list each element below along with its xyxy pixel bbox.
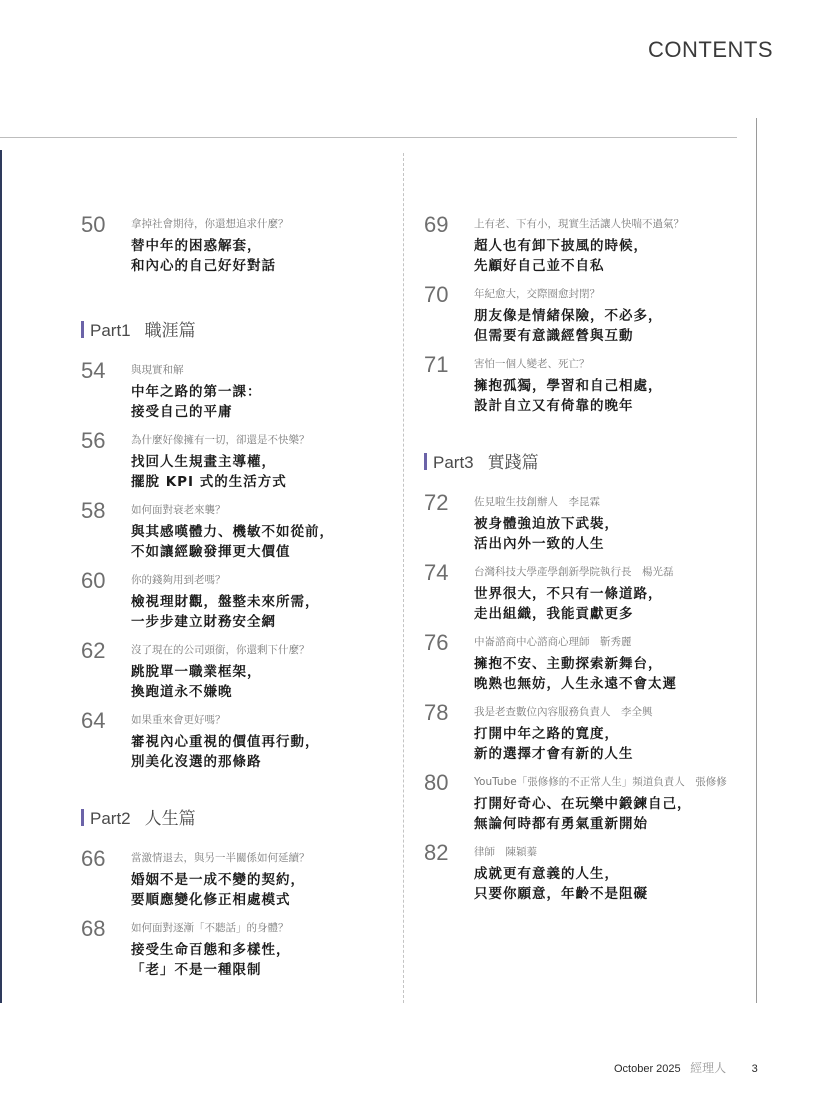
- right-column: 69 上有老、下有小，現實生活讓人快喘不過氣？ 超人也有卸下披風的時候， 先顧好…: [424, 216, 754, 914]
- toc-entry[interactable]: 80 YouTube「張修修的不正常人生」頻道負責人 張修修 打開好奇心、在玩樂…: [424, 774, 754, 844]
- entry-subtitle: 中崙諮商中心諮商心理師 靳秀麗: [474, 634, 754, 650]
- page-title: CONTENTS: [648, 37, 773, 63]
- entry-headline: 被身體強迫放下武裝， 活出內外一致的人生: [474, 514, 754, 554]
- part1-heading: Part1職涯篇: [81, 316, 391, 340]
- toc-entry[interactable]: 62 沒了現在的公司頭銜，你還剩下什麼？ 跳脫單一職業框架， 換跑道永不嫌晚: [81, 642, 391, 712]
- part-marker-bar: [81, 809, 84, 826]
- entry-subtitle: 與現實和解: [131, 362, 391, 378]
- entry-subtitle: 上有老、下有小，現實生活讓人快喘不過氣？: [474, 216, 754, 232]
- entry-subtitle: 沒了現在的公司頭銜，你還剩下什麼？: [131, 642, 391, 658]
- entry-headline: 超人也有卸下披風的時候， 先顧好自己並不自私: [474, 236, 754, 276]
- column-divider: [403, 153, 404, 1003]
- entry-headline: 中年之路的第一課： 接受自己的平庸: [131, 382, 391, 422]
- entry-subtitle: 年紀愈大，交際圈愈封閉？: [474, 286, 754, 302]
- toc-entry[interactable]: 71 害怕一個人變老、死亡？ 擁抱孤獨，學習和自己相處， 設計自立又有倚靠的晚年: [424, 356, 754, 446]
- part3-heading: Part3實踐篇: [424, 448, 754, 472]
- page-number: 50: [81, 212, 105, 238]
- toc-entry[interactable]: 74 台灣科技大學產學創新學院執行長 楊光磊 世界很大，不只有一條道路， 走出組…: [424, 564, 754, 634]
- page-number: 74: [424, 560, 448, 586]
- entry-subtitle: 佐見啦生技創辦人 李昆霖: [474, 494, 754, 510]
- toc-entry[interactable]: 69 上有老、下有小，現實生活讓人快喘不過氣？ 超人也有卸下披風的時候， 先顧好…: [424, 216, 754, 286]
- page-number: 68: [81, 916, 105, 942]
- page-number: 60: [81, 568, 105, 594]
- right-rule: [756, 118, 757, 1003]
- entry-headline: 打開中年之路的寬度， 新的選擇才會有新的人生: [474, 724, 754, 764]
- header-rule: [0, 137, 737, 138]
- entry-subtitle: 當激情退去，與另一半關係如何延續？: [131, 850, 391, 866]
- page-number: 70: [424, 282, 448, 308]
- entry-headline: 找回人生規畫主導權， 擺脫 KPI 式的生活方式: [131, 452, 391, 492]
- page-number: 71: [424, 352, 448, 378]
- part-marker-bar: [81, 321, 84, 338]
- toc-entry[interactable]: 58 如何面對衰老來襲？ 與其感嘆體力、機敏不如從前， 不如讓經驗發揮更大價值: [81, 502, 391, 572]
- page-number: 76: [424, 630, 448, 656]
- toc-entry[interactable]: 76 中崙諮商中心諮商心理師 靳秀麗 擁抱不安、主動探索新舞台， 晚熟也無妨，人…: [424, 634, 754, 704]
- toc-entry[interactable]: 54 與現實和解 中年之路的第一課： 接受自己的平庸: [81, 362, 391, 432]
- toc-entry[interactable]: 78 我是老查數位內容服務負責人 李全興 打開中年之路的寬度， 新的選擇才會有新…: [424, 704, 754, 774]
- entry-subtitle: 如何面對衰老來襲？: [131, 502, 391, 518]
- entry-headline: 替中年的困惑解套， 和內心的自己好好對話: [131, 236, 391, 276]
- entry-headline: 朋友像是情緒保險，不必多， 但需要有意識經營與互動: [474, 306, 754, 346]
- entry-headline: 檢視理財觀，盤整未來所需， 一步步建立財務安全網: [131, 592, 391, 632]
- page-number: 62: [81, 638, 105, 664]
- page-number: 72: [424, 490, 448, 516]
- left-column: 50 拿掉社會期待，你還想追求什麼？ 替中年的困惑解套， 和內心的自己好好對話 …: [81, 216, 391, 990]
- entry-subtitle: 台灣科技大學產學創新學院執行長 楊光磊: [474, 564, 754, 580]
- part2-heading: Part2人生篇: [81, 804, 391, 828]
- toc-entry[interactable]: 70 年紀愈大，交際圈愈封閉？ 朋友像是情緒保險，不必多， 但需要有意識經營與互…: [424, 286, 754, 356]
- entry-subtitle: 如何面對逐漸「不聽話」的身體？: [131, 920, 391, 936]
- entry-headline: 審視內心重視的價值再行動， 別美化沒選的那條路: [131, 732, 391, 772]
- toc-entry[interactable]: 56 為什麼好像擁有一切，卻還是不快樂？ 找回人生規畫主導權， 擺脫 KPI 式…: [81, 432, 391, 502]
- page-number: 56: [81, 428, 105, 454]
- entry-headline: 打開好奇心、在玩樂中鍛鍊自己， 無論何時都有勇氣重新開始: [474, 794, 754, 834]
- entry-headline: 擁抱不安、主動探索新舞台， 晚熟也無妨，人生永遠不會太遲: [474, 654, 754, 694]
- entry-headline: 成就更有意義的人生， 只要你願意，年齡不是阻礙: [474, 864, 754, 904]
- toc-entry[interactable]: 64 如果重來會更好嗎？ 審視內心重視的價值再行動， 別美化沒選的那條路: [81, 712, 391, 802]
- entry-subtitle: 你的錢夠用到老嗎？: [131, 572, 391, 588]
- page-number: 58: [81, 498, 105, 524]
- entry-headline: 接受生命百態和多樣性， 「老」不是一種限制: [131, 940, 391, 980]
- toc-entry[interactable]: 82 律師 陳穎蓁 成就更有意義的人生， 只要你願意，年齡不是阻礙: [424, 844, 754, 914]
- entry-subtitle: 如果重來會更好嗎？: [131, 712, 391, 728]
- entry-subtitle: YouTube「張修修的不正常人生」頻道負責人 張修修: [474, 774, 754, 790]
- entry-subtitle: 為什麼好像擁有一切，卻還是不快樂？: [131, 432, 391, 448]
- entry-subtitle: 害怕一個人變老、死亡？: [474, 356, 754, 372]
- toc-entry[interactable]: 68 如何面對逐漸「不聽話」的身體？ 接受生命百態和多樣性， 「老」不是一種限制: [81, 920, 391, 990]
- page-number: 69: [424, 212, 448, 238]
- part-marker-bar: [424, 453, 427, 470]
- magazine-name: 經理人: [690, 1061, 726, 1075]
- entry-subtitle: 我是老查數位內容服務負責人 李全興: [474, 704, 754, 720]
- page-number: 66: [81, 846, 105, 872]
- entry-headline: 擁抱孤獨，學習和自己相處， 設計自立又有倚靠的晚年: [474, 376, 754, 416]
- toc-entry[interactable]: 60 你的錢夠用到老嗎？ 檢視理財觀，盤整未來所需， 一步步建立財務安全網: [81, 572, 391, 642]
- toc-entry[interactable]: 72 佐見啦生技創辦人 李昆霖 被身體強迫放下武裝， 活出內外一致的人生: [424, 494, 754, 564]
- page-number: 78: [424, 700, 448, 726]
- page-number: 82: [424, 840, 448, 866]
- toc-entry[interactable]: 66 當激情退去，與另一半關係如何延續？ 婚姻不是一成不變的契約， 要順應變化修…: [81, 850, 391, 920]
- page-number: 54: [81, 358, 105, 384]
- entry-headline: 世界很大，不只有一條道路， 走出組織，我能貢獻更多: [474, 584, 754, 624]
- left-edge-bar: [0, 150, 2, 1003]
- entry-subtitle: 拿掉社會期待，你還想追求什麼？: [131, 216, 391, 232]
- entry-subtitle: 律師 陳穎蓁: [474, 844, 754, 860]
- page-number-footer: 3: [752, 1063, 758, 1075]
- page-number: 80: [424, 770, 448, 796]
- entry-headline: 婚姻不是一成不變的契約， 要順應變化修正相處模式: [131, 870, 391, 910]
- entry-headline: 跳脫單一職業框架， 換跑道永不嫌晚: [131, 662, 391, 702]
- page-number: 64: [81, 708, 105, 734]
- toc-entry-50[interactable]: 50 拿掉社會期待，你還想追求什麼？ 替中年的困惑解套， 和內心的自己好好對話: [81, 216, 391, 302]
- page-footer: October 2025 經理人 3: [614, 1059, 758, 1076]
- issue-date: October 2025: [614, 1063, 681, 1075]
- entry-headline: 與其感嘆體力、機敏不如從前， 不如讓經驗發揮更大價值: [131, 522, 391, 562]
